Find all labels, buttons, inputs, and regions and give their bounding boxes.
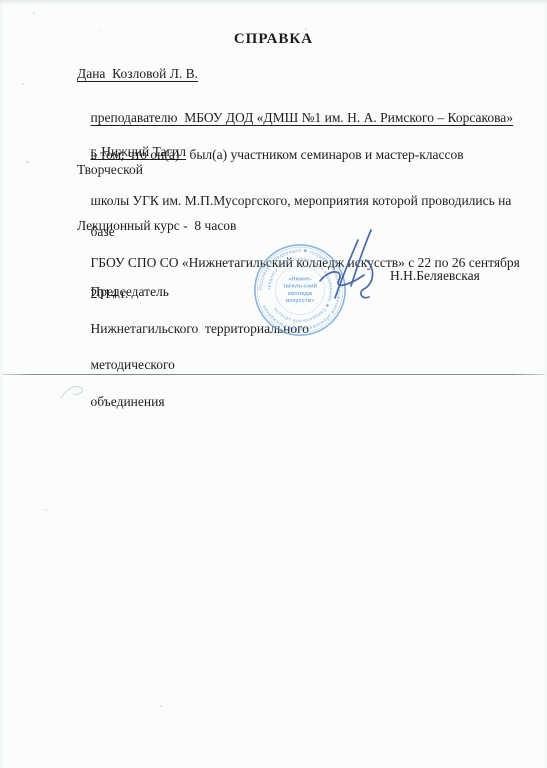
scan-speck	[22, 83, 24, 85]
pencil-squiggle-mark	[58, 382, 92, 402]
body-line: школы УГК им. М.П.Мусоргского, мероприят…	[91, 193, 512, 208]
body-line: в том, что он(а) был(а) участником семин…	[77, 147, 467, 178]
stamp-center-line: искусств»	[286, 298, 315, 304]
scan-fold-line	[2, 374, 545, 375]
signer-name: Н.Н.Беляевская	[390, 268, 480, 284]
scanned-certificate-page: СПРАВКА Дана Козловой Л. В. преподавател…	[0, 0, 547, 768]
stamp-center-line: колледж	[288, 291, 313, 297]
stamp-center-line: тагиль-ский	[283, 283, 318, 290]
signer-title-line: Председатель	[91, 284, 169, 299]
page-title: СПРАВКА	[0, 31, 547, 48]
course-hours-line: Лекционный курс - 8 часов	[77, 218, 236, 234]
scan-speck	[33, 12, 35, 14]
recipient-position-line: преподавателю МБОУ ДОД «ДМШ №1 им. Н. А.…	[91, 110, 514, 125]
signer-title-line: объединения	[91, 394, 165, 409]
recipient-name-line: Дана Козловой Л. В.	[77, 66, 198, 82]
handwritten-signature	[314, 226, 380, 322]
scan-speck	[26, 161, 29, 163]
scan-speck	[160, 705, 162, 707]
signer-title-line: методического	[91, 357, 175, 372]
stamp-center-line: «Нижне-	[288, 276, 312, 282]
scan-speck	[45, 509, 47, 511]
scan-speck	[305, 28, 307, 30]
